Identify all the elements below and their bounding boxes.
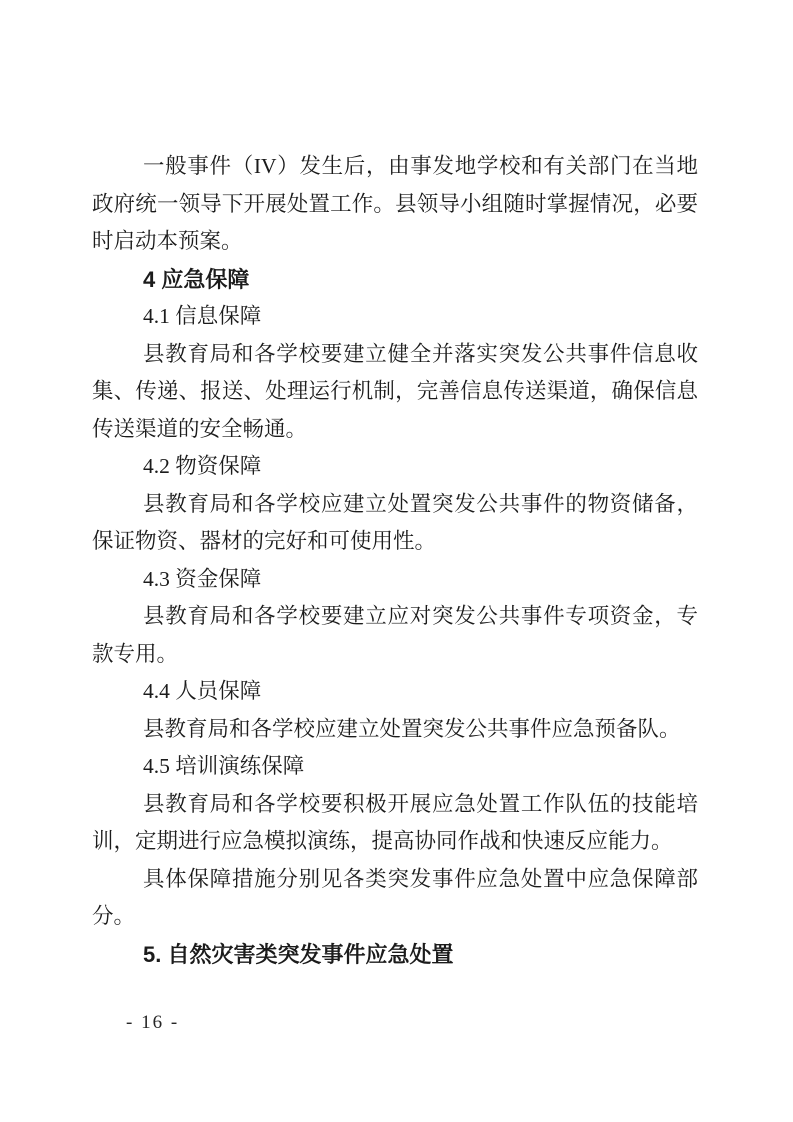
- paragraph: 县教育局和各学校要建立健全并落实突发公共事件信息收集、传递、报送、处理运行机制，…: [92, 336, 698, 449]
- subsection-heading: 4.4 人员保障: [92, 673, 698, 711]
- subsection-heading: 4.2 物资保障: [92, 448, 698, 486]
- page-number: - 16 -: [126, 1009, 179, 1037]
- paragraph: 县教育局和各学校应建立处置突发公共事件应急预备队。: [92, 711, 698, 749]
- subsection-heading: 4.3 资金保障: [92, 561, 698, 599]
- section-heading: 5. 自然灾害类突发事件应急处置: [92, 936, 698, 974]
- document-body: 一般事件（IV）发生后，由事发地学校和有关部门在当地政府统一领导下开展处置工作。…: [92, 148, 698, 973]
- section-heading: 4 应急保障: [92, 261, 698, 299]
- subsection-heading: 4.5 培训演练保障: [92, 748, 698, 786]
- paragraph: 一般事件（IV）发生后，由事发地学校和有关部门在当地政府统一领导下开展处置工作。…: [92, 148, 698, 261]
- document-page: 一般事件（IV）发生后，由事发地学校和有关部门在当地政府统一领导下开展处置工作。…: [0, 0, 793, 1122]
- paragraph: 县教育局和各学校要积极开展应急处置工作队伍的技能培训，定期进行应急模拟演练，提高…: [92, 786, 698, 861]
- paragraph: 县教育局和各学校应建立处置突发公共事件的物资储备，保证物资、器材的完好和可使用性…: [92, 486, 698, 561]
- paragraph: 县教育局和各学校要建立应对突发公共事件专项资金，专款专用。: [92, 598, 698, 673]
- subsection-heading: 4.1 信息保障: [92, 298, 698, 336]
- paragraph: 具体保障措施分别见各类突发事件应急处置中应急保障部分。: [92, 861, 698, 936]
